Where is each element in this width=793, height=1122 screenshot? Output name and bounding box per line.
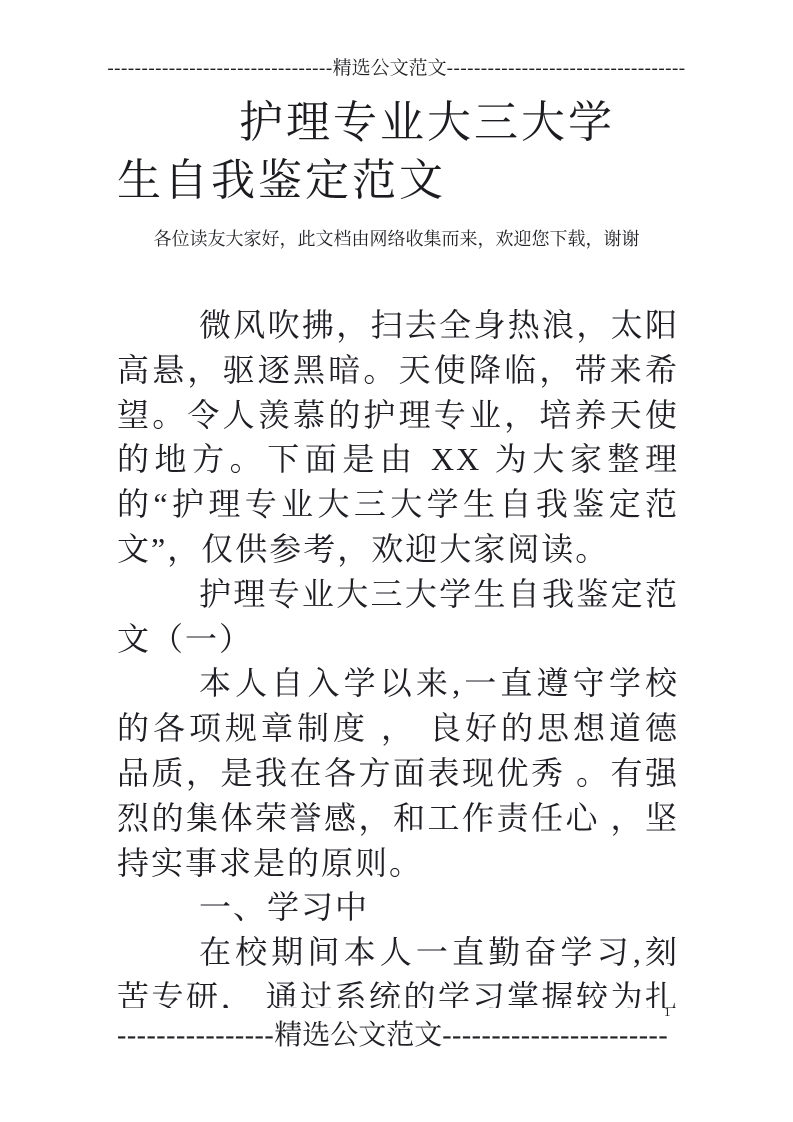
body-paragraph-heading-study: 一、学习中 xyxy=(117,885,679,930)
footer-label: 精选公文范文 xyxy=(274,1020,442,1051)
body-paragraph-self-intro: 本人自入学以来,一直遵守学校的各项规章制度 ， 良好的思想道德品质，是我在各方面… xyxy=(117,661,679,885)
page-number: 1 xyxy=(664,1004,671,1019)
header-left-dashes: --------------------------------- xyxy=(107,58,332,79)
body-paragraph-intro: 微风吹拂，扫去全身热浪，太阳高悬，驱逐黑暗。天使降临，带来希望。令人羡慕的护理专… xyxy=(117,303,679,572)
page-footer: ----------------精选公文范文------------------… xyxy=(117,1018,679,1054)
header-right-dashes: ----------------------------------- xyxy=(447,58,686,79)
body-paragraph-study: 在校期间本人一直勤奋学习,刻苦专研， 通过系统的学习掌握较为扎实的基础知识。 由… xyxy=(117,930,679,1008)
document-title: 护理专业大三大学生自我鉴定范文 xyxy=(117,94,652,210)
footer-left-dashes: ---------------- xyxy=(117,1020,274,1051)
page-header: ---------------------------------精选公文范文-… xyxy=(0,56,793,82)
body-paragraph-section-title: 护理专业大三大学生自我鉴定范文（一） xyxy=(117,572,679,662)
header-label: 精选公文范文 xyxy=(333,58,447,79)
footer-right-dashes: ----------------------- xyxy=(442,1020,668,1051)
greeting-line: 各位读友大家好，此文档由网络收集而来，欢迎您下载，谢谢 xyxy=(0,226,793,252)
document-page: ---------------------------------精选公文范文-… xyxy=(0,0,793,1122)
document-body: 微风吹拂，扫去全身热浪，太阳高悬，驱逐黑暗。天使降临，带来希望。令人羡慕的护理专… xyxy=(117,303,679,1008)
